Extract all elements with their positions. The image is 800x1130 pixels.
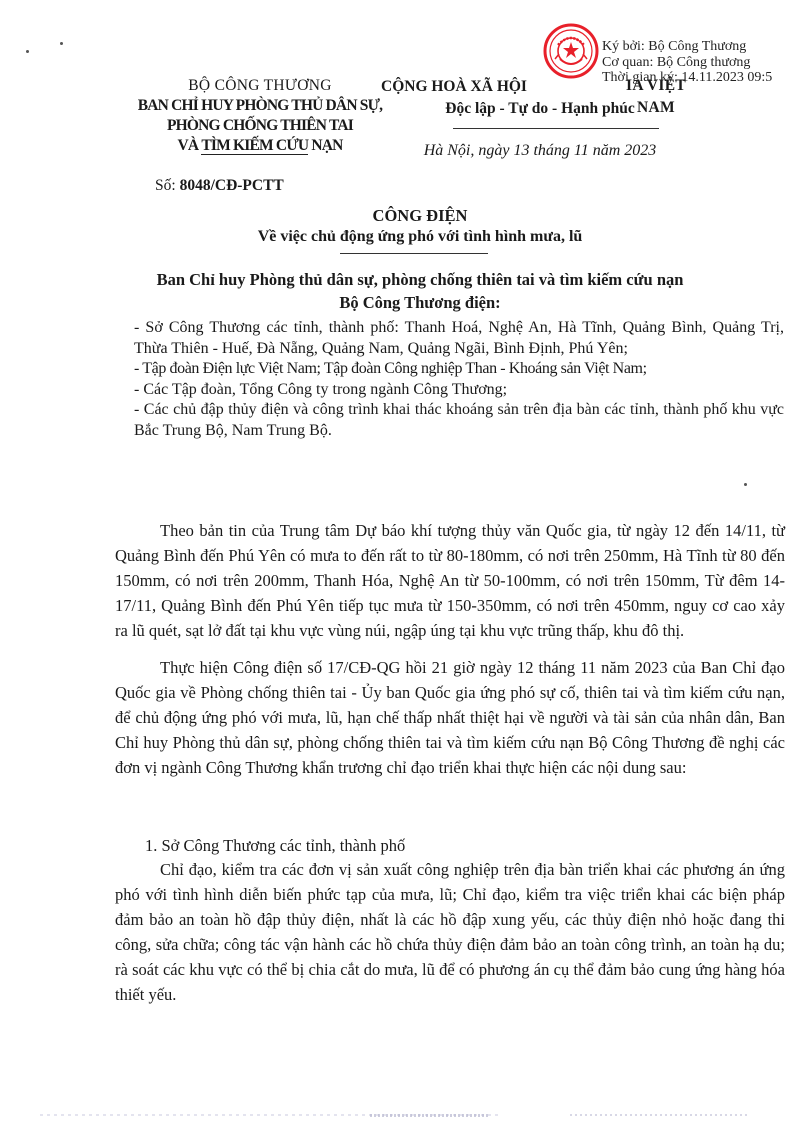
national-title-left: CỘNG HOÀ XÃ HỘI: [381, 76, 527, 98]
sender-block: Ban Chỉ huy Phòng thủ dân sự, phòng chốn…: [100, 268, 740, 314]
scan-artifact: [570, 1114, 750, 1116]
scan-speck: [744, 483, 747, 486]
document-number: Số: 8048/CĐ-PCTT: [155, 177, 284, 195]
motto-underline: [453, 128, 659, 129]
subject-underline: [340, 253, 488, 254]
body-paragraph-forecast: Theo bản tin của Trung tâm Dự báo khí tư…: [115, 518, 785, 643]
paragraph-text: Chỉ đạo, kiểm tra các đơn vị sản xuất cô…: [115, 857, 785, 1007]
sender-line-2: Bộ Công Thương điện:: [100, 291, 740, 314]
committee-line-3-prefix: VÀ: [177, 137, 201, 154]
committee-line-3-suffix: NẠN: [308, 137, 342, 154]
body-paragraph-directive: Thực hiện Công điện số 17/CĐ-QG hồi 21 g…: [115, 655, 785, 780]
recipient-item: - Các Tập đoàn, Tổng Công ty trong ngành…: [134, 380, 784, 401]
document-type: CÔNG ĐIỆN: [100, 206, 740, 226]
section-heading-text: 1. Sở Công Thương các tỉnh, thành phố: [115, 833, 785, 858]
committee-line-3-underlined: TÌM KIẾM CỨU: [201, 138, 308, 155]
digital-signature-info: Ký bởi: Bộ Công Thương Cơ quan: Bộ Công …: [602, 39, 772, 86]
issuing-agency-block: BỘ CÔNG THƯƠNG BAN CHỈ HUY PHÒNG THỦ DÂN…: [100, 76, 420, 156]
signature-agency: Cơ quan: Bộ Công thương: [602, 55, 772, 71]
official-seal-icon: [543, 23, 599, 79]
document-subject: Về việc chủ động ứng phó với tình hình m…: [100, 228, 740, 246]
recipient-item: - Sở Công Thương các tỉnh, thành phố: Th…: [134, 318, 784, 359]
signature-signed-by: Ký bởi: Bộ Công Thương: [602, 39, 772, 55]
issue-date: Hà Nội, ngày 13 tháng 11 năm 2023: [380, 142, 700, 160]
document-number-label: Số:: [155, 177, 180, 194]
recipient-item: - Tập đoàn Điện lực Việt Nam; Tập đoàn C…: [134, 359, 784, 380]
sender-line-1: Ban Chỉ huy Phòng thủ dân sự, phòng chốn…: [100, 268, 740, 291]
ministry-name: BỘ CÔNG THƯƠNG: [100, 76, 420, 96]
signature-time: Thời gian ký: 14.11.2023 09:5: [602, 70, 772, 86]
paragraph-text: Theo bản tin của Trung tâm Dự báo khí tư…: [115, 518, 785, 643]
committee-line-3: VÀ TÌM KIẾM CỨU NẠN: [100, 136, 420, 156]
document-number-value: 8048/CĐ-PCTT: [180, 177, 284, 194]
section-heading-1: 1. Sở Công Thương các tỉnh, thành phố: [115, 833, 785, 858]
scan-artifact: [370, 1114, 490, 1117]
committee-line-2: PHÒNG CHỐNG THIÊN TAI: [100, 116, 420, 136]
recipient-item: - Các chủ đập thủy điện và công trình kh…: [134, 400, 784, 441]
recipients-list: - Sở Công Thương các tỉnh, thành phố: Th…: [134, 318, 784, 441]
scan-speck: [26, 50, 29, 53]
body-paragraph-section-1: Chỉ đạo, kiểm tra các đơn vị sản xuất cô…: [115, 857, 785, 1007]
committee-line-1: BAN CHỈ HUY PHÒNG THỦ DÂN SỰ,: [100, 96, 420, 116]
paragraph-text: Thực hiện Công điện số 17/CĐ-QG hồi 21 g…: [115, 655, 785, 780]
scan-speck: [60, 42, 63, 45]
